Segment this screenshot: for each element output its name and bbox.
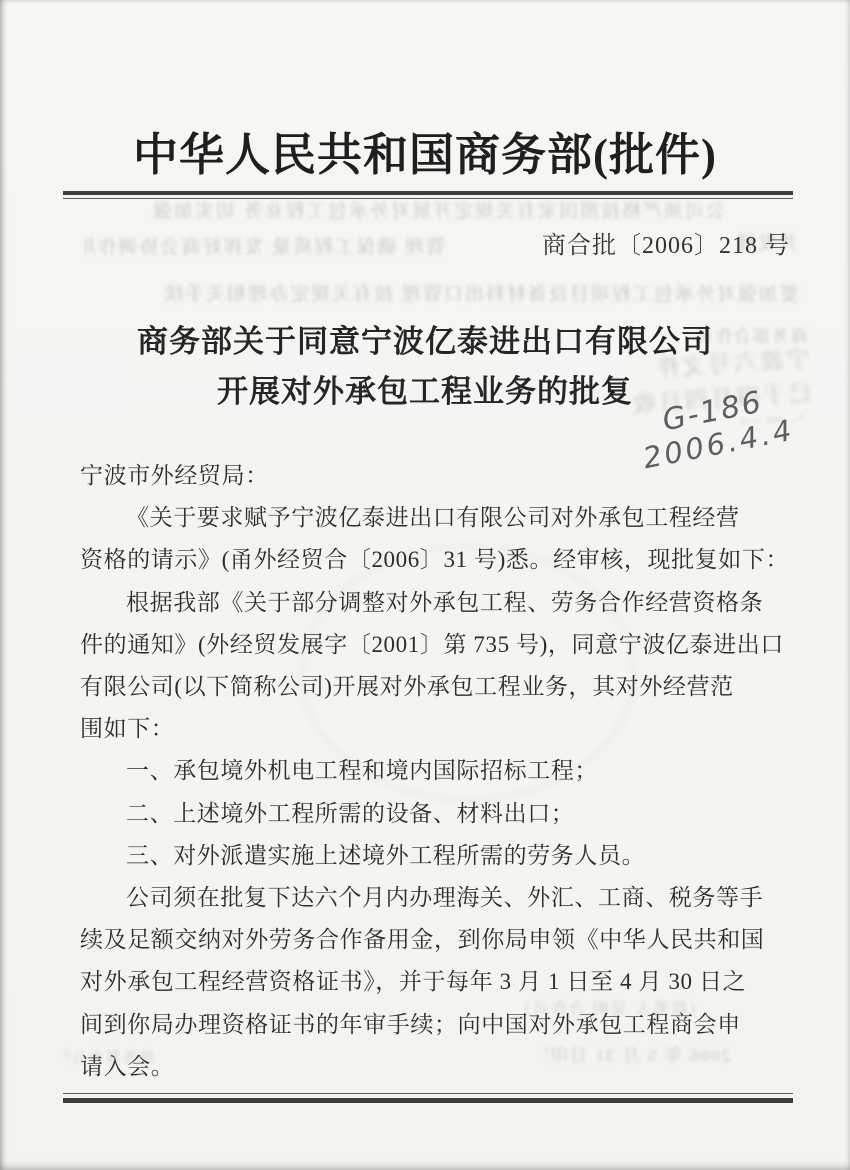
scanned-approval-document: 中华人民共和国商务部(批件) 公司须严格按照国家有关规定开展对外承包工程业务 切… xyxy=(0,0,850,1170)
body-line-list-item-3: 三、对外派遣实施上述境外工程所需的劳务人员。 xyxy=(80,835,792,877)
bleedthrough-text: 要加强对外承包工程项目设备材料出口管理 按有关规定办理相关手续 xyxy=(85,279,799,306)
document-number: 商合批〔2006〕218 号 xyxy=(542,225,790,260)
body-line: 根据我部《关于部分调整对外承包工程、劳务合作经营资格条 xyxy=(80,582,792,624)
document-header-title: 中华人民共和国商务部(批件) xyxy=(0,118,850,183)
body-line: 围如下： xyxy=(80,708,792,750)
bleedthrough-text: 公司须严格按照国家有关规定开展对外承包工程业务 切实加强 xyxy=(85,196,725,223)
body-line-list-item-2: 二、上述境外工程所需的设备、材料出口； xyxy=(80,793,792,835)
body-line-salutation: 宁波市外经贸局： xyxy=(80,455,792,497)
body-line: 续及足额交纳对外劳务合作备用金，到你局申领《中华人民共和国 xyxy=(80,919,792,961)
header-rule-thick xyxy=(63,191,793,195)
body-line-list-item-1: 一、承包境外机电工程和境内国际招标工程； xyxy=(80,750,792,792)
bleedthrough-text: 2006 年 5 月 31 日印发 xyxy=(545,1041,730,1066)
body-line: 有限公司(以下简称公司)开展对外承包工程业务，其对外经营范 xyxy=(80,666,792,708)
bleedthrough-text: 管理 确保工程质量 发挥好商会协调作用 xyxy=(85,232,445,259)
bleedthrough-text: （联系人 吴明 合作司） xyxy=(495,996,705,1019)
body-line: 件的通知》(外经贸发展字〔2001〕第 735 号)，同意宁波亿泰进出口 xyxy=(80,624,792,666)
body-line: 资格的请示》(甬外经贸合〔2006〕31 号)悉。经审核，现批复如下： xyxy=(80,539,792,581)
footer-rule-thin xyxy=(63,1093,793,1094)
body-line: 公司须在批复下达六个月内办理海关、外汇、工商、税务等手 xyxy=(80,877,792,919)
document-body: 宁波市外经贸局： 《关于要求赋予宁波亿泰进出口有限公司对外承包工程经营 资格的请… xyxy=(80,455,792,1088)
bleedthrough-text: 商务部办公厅 xyxy=(63,1046,155,1067)
body-line: 《关于要求赋予宁波亿泰进出口有限公司对外承包工程经营 xyxy=(80,497,792,539)
footer-rule-thick xyxy=(63,1098,793,1103)
